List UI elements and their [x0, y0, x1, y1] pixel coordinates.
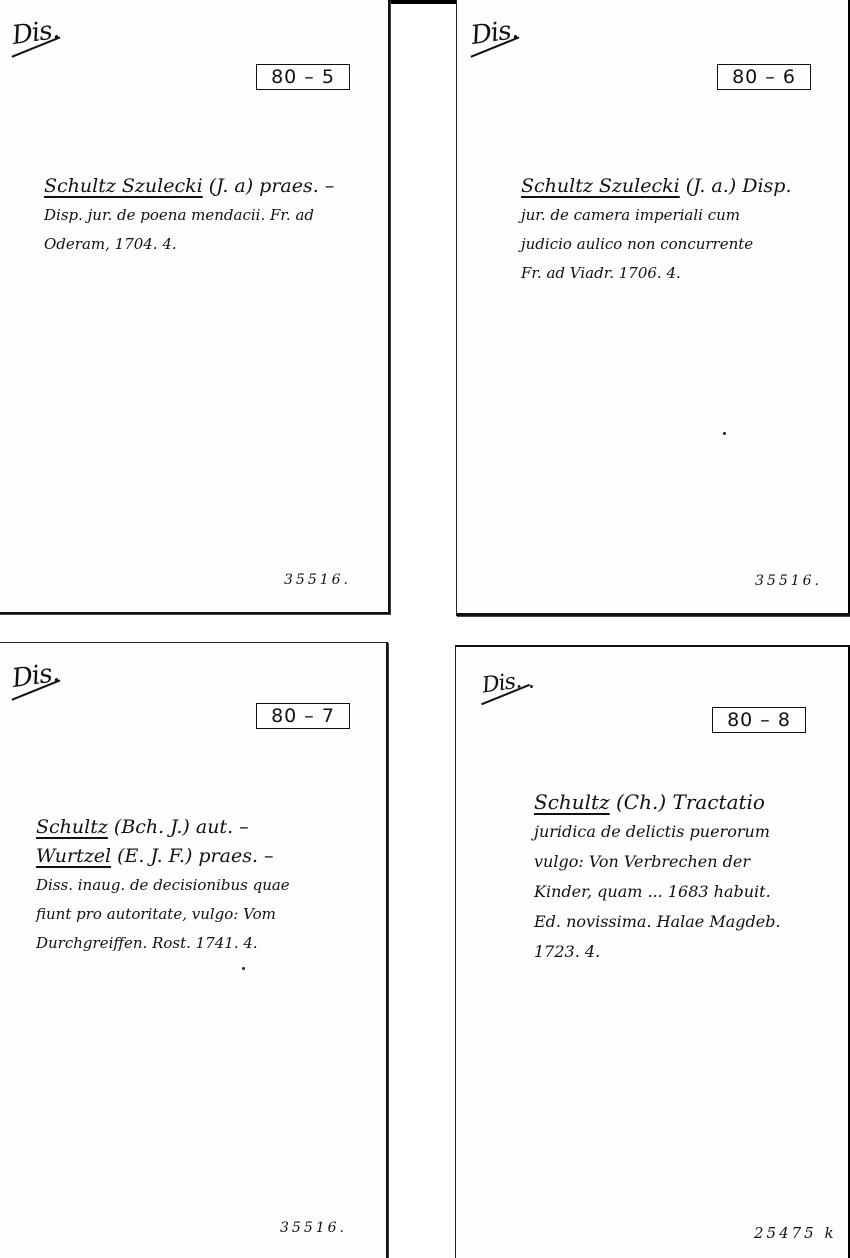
catalog-card-80-6: Dis. 80 – 6 Schultz Szulecki (J. a.) Dis… [456, 0, 850, 616]
accession-number: 35516. [755, 573, 822, 589]
dissertation-mark: Dis. [10, 15, 61, 51]
author-qualifier: (J. a.) Disp. [686, 175, 792, 197]
dissertation-mark: Dis. [469, 15, 520, 51]
entry-line: judicio aulico non concurrente [521, 230, 791, 259]
author-name: Schultz [36, 816, 108, 838]
accession-number: 25475 k [754, 1224, 837, 1242]
entry-line: vulgo: Von Verbrechen der [534, 847, 781, 877]
catalog-entry: Schultz Szulecki (J. a.) Disp. jur. de c… [521, 172, 791, 288]
speck [242, 967, 245, 970]
entry-line: fiunt pro autoritate, vulgo: Vom [36, 900, 290, 929]
dissertation-mark: Dis. [480, 668, 522, 698]
accession-number: 35516. [280, 1220, 347, 1236]
catalog-entry: Schultz (Bch. J.) aut. – Wurtzel (E. J. … [36, 813, 290, 958]
entry-line: Fr. ad Viadr. 1706. 4. [521, 259, 791, 288]
call-number-box: 80 – 7 [256, 703, 350, 729]
call-number-box: 80 – 6 [717, 64, 811, 90]
catalog-card-80-5: Dis. 80 – 5 Schultz Szulecki (J. a) prae… [0, 0, 390, 614]
entry-heading: Schultz (Bch. J.) aut. – [36, 813, 290, 842]
entry-line: juridica de delictis puerorum [534, 817, 781, 847]
entry-line: Diss. inaug. de decisionibus quae [36, 871, 290, 900]
author-name: Schultz [534, 790, 610, 814]
author-name: Schultz Szulecki [44, 175, 203, 197]
speck [723, 432, 726, 435]
entry-line: Disp. jur. de poena mendacii. Fr. ad [44, 201, 334, 230]
catalog-entry: Schultz Szulecki (J. a) praes. – Disp. j… [44, 172, 334, 259]
author-name: Schultz Szulecki [521, 175, 680, 197]
praeses-qualifier: (E. J. F.) praes. – [117, 845, 273, 867]
entry-heading: Schultz (Ch.) Tractatio [534, 787, 781, 817]
catalog-card-80-8: Dis. 80 – 8 Schultz (Ch.) Tractatio juri… [455, 645, 850, 1258]
entry-heading: Schultz Szulecki (J. a) praes. – [44, 172, 334, 201]
author-qualifier: (Ch.) Tractatio [616, 790, 765, 814]
accession-number: 35516. [284, 572, 351, 588]
speck [530, 685, 533, 688]
call-number-box: 80 – 5 [256, 64, 350, 90]
dissertation-mark: Dis. [10, 658, 61, 694]
author-qualifier: (Bch. J.) aut. – [114, 816, 249, 838]
catalog-entry: Schultz (Ch.) Tractatio juridica de deli… [534, 787, 781, 967]
entry-line: Ed. novissima. Halae Magdeb. [534, 907, 781, 937]
entry-line: Oderam, 1704. 4. [44, 230, 334, 259]
entry-line: jur. de camera imperiali cum [521, 201, 791, 230]
entry-line: Durchgreiffen. Rost. 1741. 4. [36, 929, 290, 958]
entry-heading: Schultz Szulecki (J. a.) Disp. [521, 172, 791, 201]
praeses-name: Wurtzel [36, 845, 111, 867]
entry-line: 1723. 4. [534, 937, 781, 967]
entry-line: Kinder, quam ... 1683 habuit. [534, 877, 781, 907]
call-number-box: 80 – 8 [712, 707, 806, 733]
entry-second-heading: Wurtzel (E. J. F.) praes. – [36, 842, 290, 871]
author-qualifier: (J. a) praes. – [209, 175, 335, 197]
catalog-card-80-7: Dis. 80 – 7 Schultz (Bch. J.) aut. – Wur… [0, 642, 388, 1258]
